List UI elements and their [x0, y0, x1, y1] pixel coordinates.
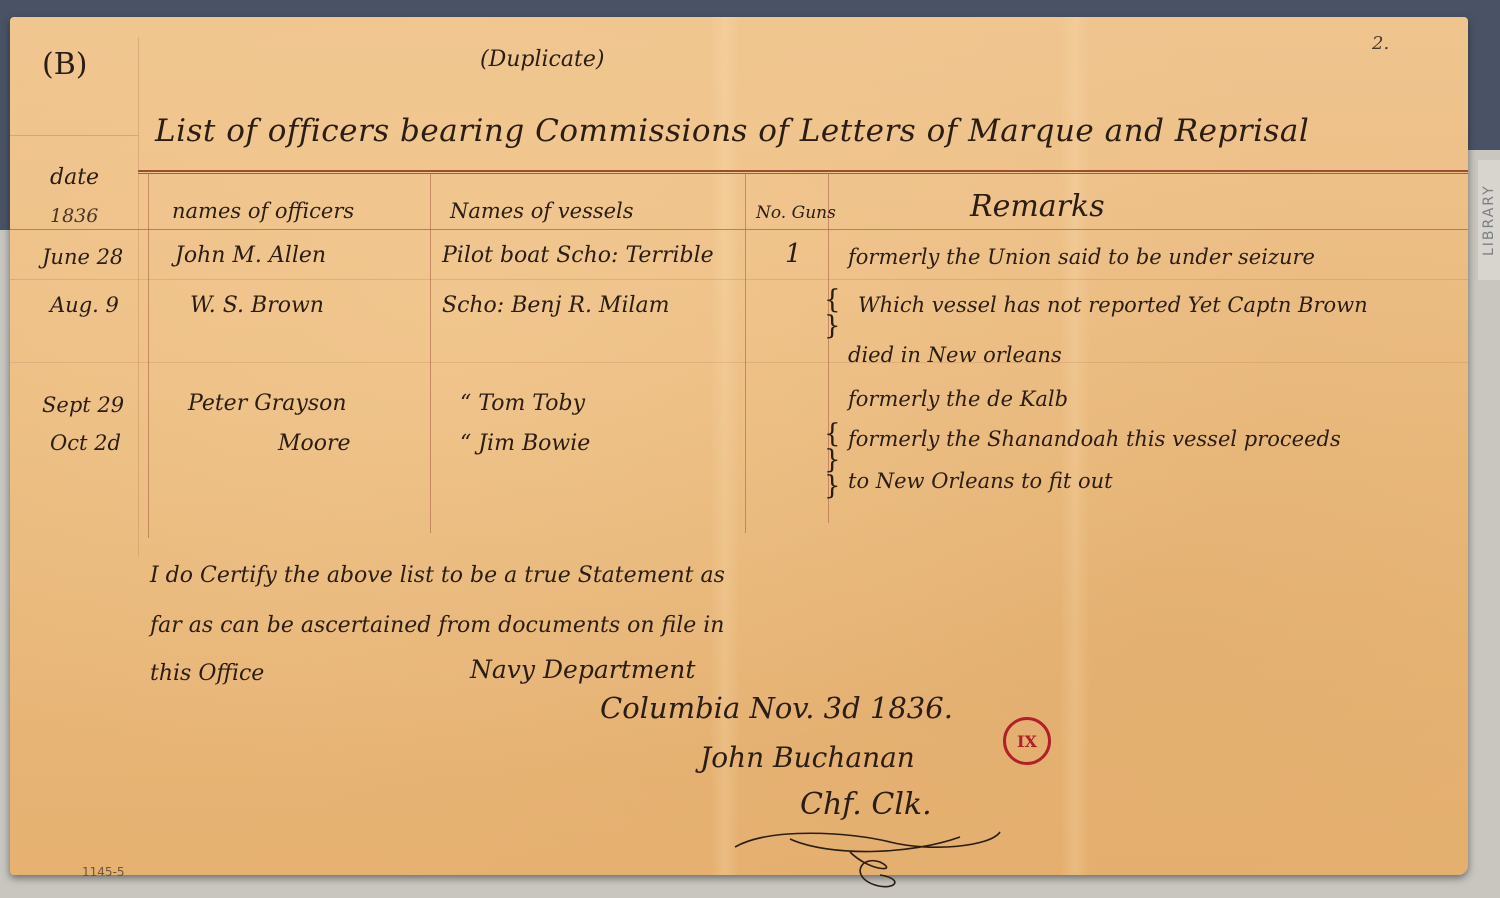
row-vessel: Pilot boat Scho: Terrible: [442, 243, 714, 268]
row-remark: formerly the Shanandoah this vessel proc…: [848, 427, 1341, 451]
column-divider: [430, 173, 431, 533]
date-line: Columbia Nov. 3d 1836.: [600, 691, 953, 725]
archive-stamp: IX: [1003, 717, 1051, 765]
date-column-label: date: [50, 165, 99, 190]
signature: John Buchanan: [700, 741, 915, 774]
faint-rule: [10, 279, 1468, 280]
faint-rule: [10, 362, 1468, 363]
row-remark: Which vessel has not reported Yet Captn …: [858, 293, 1368, 317]
row-vessel: “ Jim Bowie: [460, 431, 590, 456]
header-bottom-rule: [10, 229, 1468, 230]
row-officer: W. S. Brown: [190, 293, 324, 318]
row-remark: formerly the Union said to be under seiz…: [848, 245, 1315, 269]
document-page: (B) (Duplicate) 2. List of officers bear…: [10, 17, 1468, 875]
copy-note: (Duplicate): [480, 47, 604, 72]
column-divider: [138, 37, 139, 557]
document-marking: (B): [42, 47, 87, 82]
row-remark: to New Orleans to fit out: [848, 469, 1113, 493]
row-officer: Moore: [278, 431, 351, 456]
row-date: Sept 29: [42, 393, 124, 417]
certification-line: far as can be ascertained from documents…: [150, 613, 724, 638]
column-header-remarks: Remarks: [970, 189, 1105, 224]
column-divider: [745, 173, 746, 533]
archive-number: 1145-5: [82, 865, 125, 879]
row-remark: died in New orleans: [848, 343, 1062, 367]
page-number: 2.: [1372, 33, 1389, 54]
title-double-rule: [138, 170, 1468, 174]
brace-mark: {}: [824, 287, 841, 339]
row-vessel: Scho: Benj R. Milam: [442, 293, 670, 318]
certification-line: I do Certify the above list to be a true…: [150, 563, 725, 588]
signature-flourish-icon: [730, 827, 1020, 897]
column-header-officers: names of officers: [172, 199, 354, 223]
stamp-text: IX: [1017, 732, 1037, 751]
column-divider: [148, 173, 149, 538]
row-officer: John M. Allen: [175, 243, 326, 268]
brace-mark: {}}: [824, 421, 841, 499]
certification-line: this Office: [150, 661, 264, 686]
row-date: June 28: [42, 245, 123, 269]
document-title: List of officers bearing Commissions of …: [155, 113, 1309, 149]
mount-side-label: LIBRARY: [1478, 160, 1500, 280]
row-date: Oct 2d: [50, 431, 121, 455]
signer-title: Chf. Clk.: [800, 787, 932, 822]
year-header: 1836: [50, 205, 98, 227]
column-header-guns: No. Guns: [756, 203, 836, 223]
column-header-vessels: Names of vessels: [450, 199, 634, 223]
place-line: Navy Department: [470, 655, 695, 684]
row-officer: Peter Grayson: [188, 391, 347, 416]
row-vessel: “ Tom Toby: [460, 391, 585, 416]
row-guns: 1: [785, 239, 802, 269]
row-remark: formerly the de Kalb: [848, 387, 1068, 411]
row-date: Aug. 9: [50, 293, 119, 317]
margin-rule: [10, 135, 138, 136]
